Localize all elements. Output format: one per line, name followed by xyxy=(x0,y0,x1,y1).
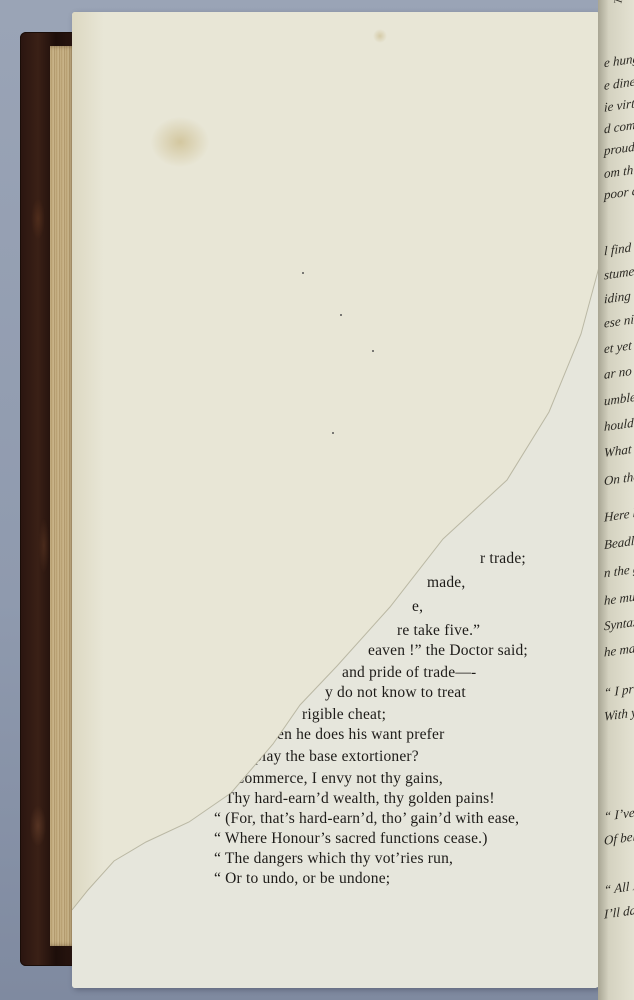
facing-line: iding hea xyxy=(604,285,634,308)
facing-line: ie virtue, t xyxy=(604,92,634,115)
verse-line: eaven !” the Doctor said; xyxy=(368,642,528,660)
verse-line: “ Where Honour’s sacred functions cease.… xyxy=(214,830,488,848)
running-head: TOU xyxy=(612,0,631,6)
verse-line: re take five.” xyxy=(397,622,480,640)
facing-line: With yo xyxy=(604,703,634,725)
facing-line: om this ma xyxy=(604,158,634,182)
facing-line: I’ll dar xyxy=(604,901,634,922)
verse-line: e, xyxy=(412,598,423,616)
verse-line: made, xyxy=(427,574,465,592)
facing-line: “ All I xyxy=(604,878,634,899)
verso-page: ! r trade; made, e, re take five.” eaven… xyxy=(72,12,602,988)
facing-line: d combin xyxy=(604,115,634,138)
facing-line: ar no D xyxy=(604,361,634,383)
verse-line: “ (For, that’s hard-earn’d, tho’ gain’d … xyxy=(214,810,519,828)
facing-line: n the goo xyxy=(604,559,634,582)
facing-line: On these xyxy=(604,467,634,489)
facing-line: poor and xyxy=(604,181,634,204)
verse-line: “ The dangers which thy vot’ries run, xyxy=(214,850,453,868)
facing-line: umble no xyxy=(604,387,634,410)
facing-line: Beadle r xyxy=(604,531,634,553)
facing-page-edge: TOU e hungry e dine feas ie virtue, t d … xyxy=(598,0,634,1000)
facing-line: Syntax xyxy=(604,614,634,635)
verse-line: en he does his want prefer xyxy=(277,726,444,744)
facing-line: he man xyxy=(604,639,634,660)
facing-line: l find at l xyxy=(604,237,634,260)
verse-line: “ Or to undo, or be undone; xyxy=(214,870,390,888)
facing-line: proud sc xyxy=(604,137,634,159)
facing-line: stume, bo xyxy=(604,260,634,283)
facing-line: e dine feas xyxy=(604,70,634,94)
facing-line: e hungry xyxy=(604,49,634,71)
verse-line: “ Thy hard-earn’d wealth, thy golden pai… xyxy=(214,790,495,808)
verse-line: r trade; xyxy=(480,550,526,568)
facing-line: Here be h xyxy=(604,502,634,525)
facing-line: “ I pray, xyxy=(604,679,634,701)
facing-line: hould to xyxy=(604,413,634,435)
verse-line: play the base extortioner? xyxy=(254,748,419,766)
facing-line: Of bells xyxy=(604,827,634,849)
facing-line: et yet the xyxy=(604,335,634,358)
verse-line: y do not know to treat xyxy=(325,684,466,702)
verse-line: rigible cheat; xyxy=(302,706,386,724)
facing-line: he must, xyxy=(604,587,634,609)
facing-line: “ I’ve b xyxy=(604,803,634,825)
verse-line: and pride of trade—- xyxy=(342,664,476,682)
facing-line: ese nights xyxy=(604,308,634,331)
facing-line: What its xyxy=(604,439,634,461)
verse-line: Commerce, I envy not thy gains, xyxy=(234,770,443,788)
